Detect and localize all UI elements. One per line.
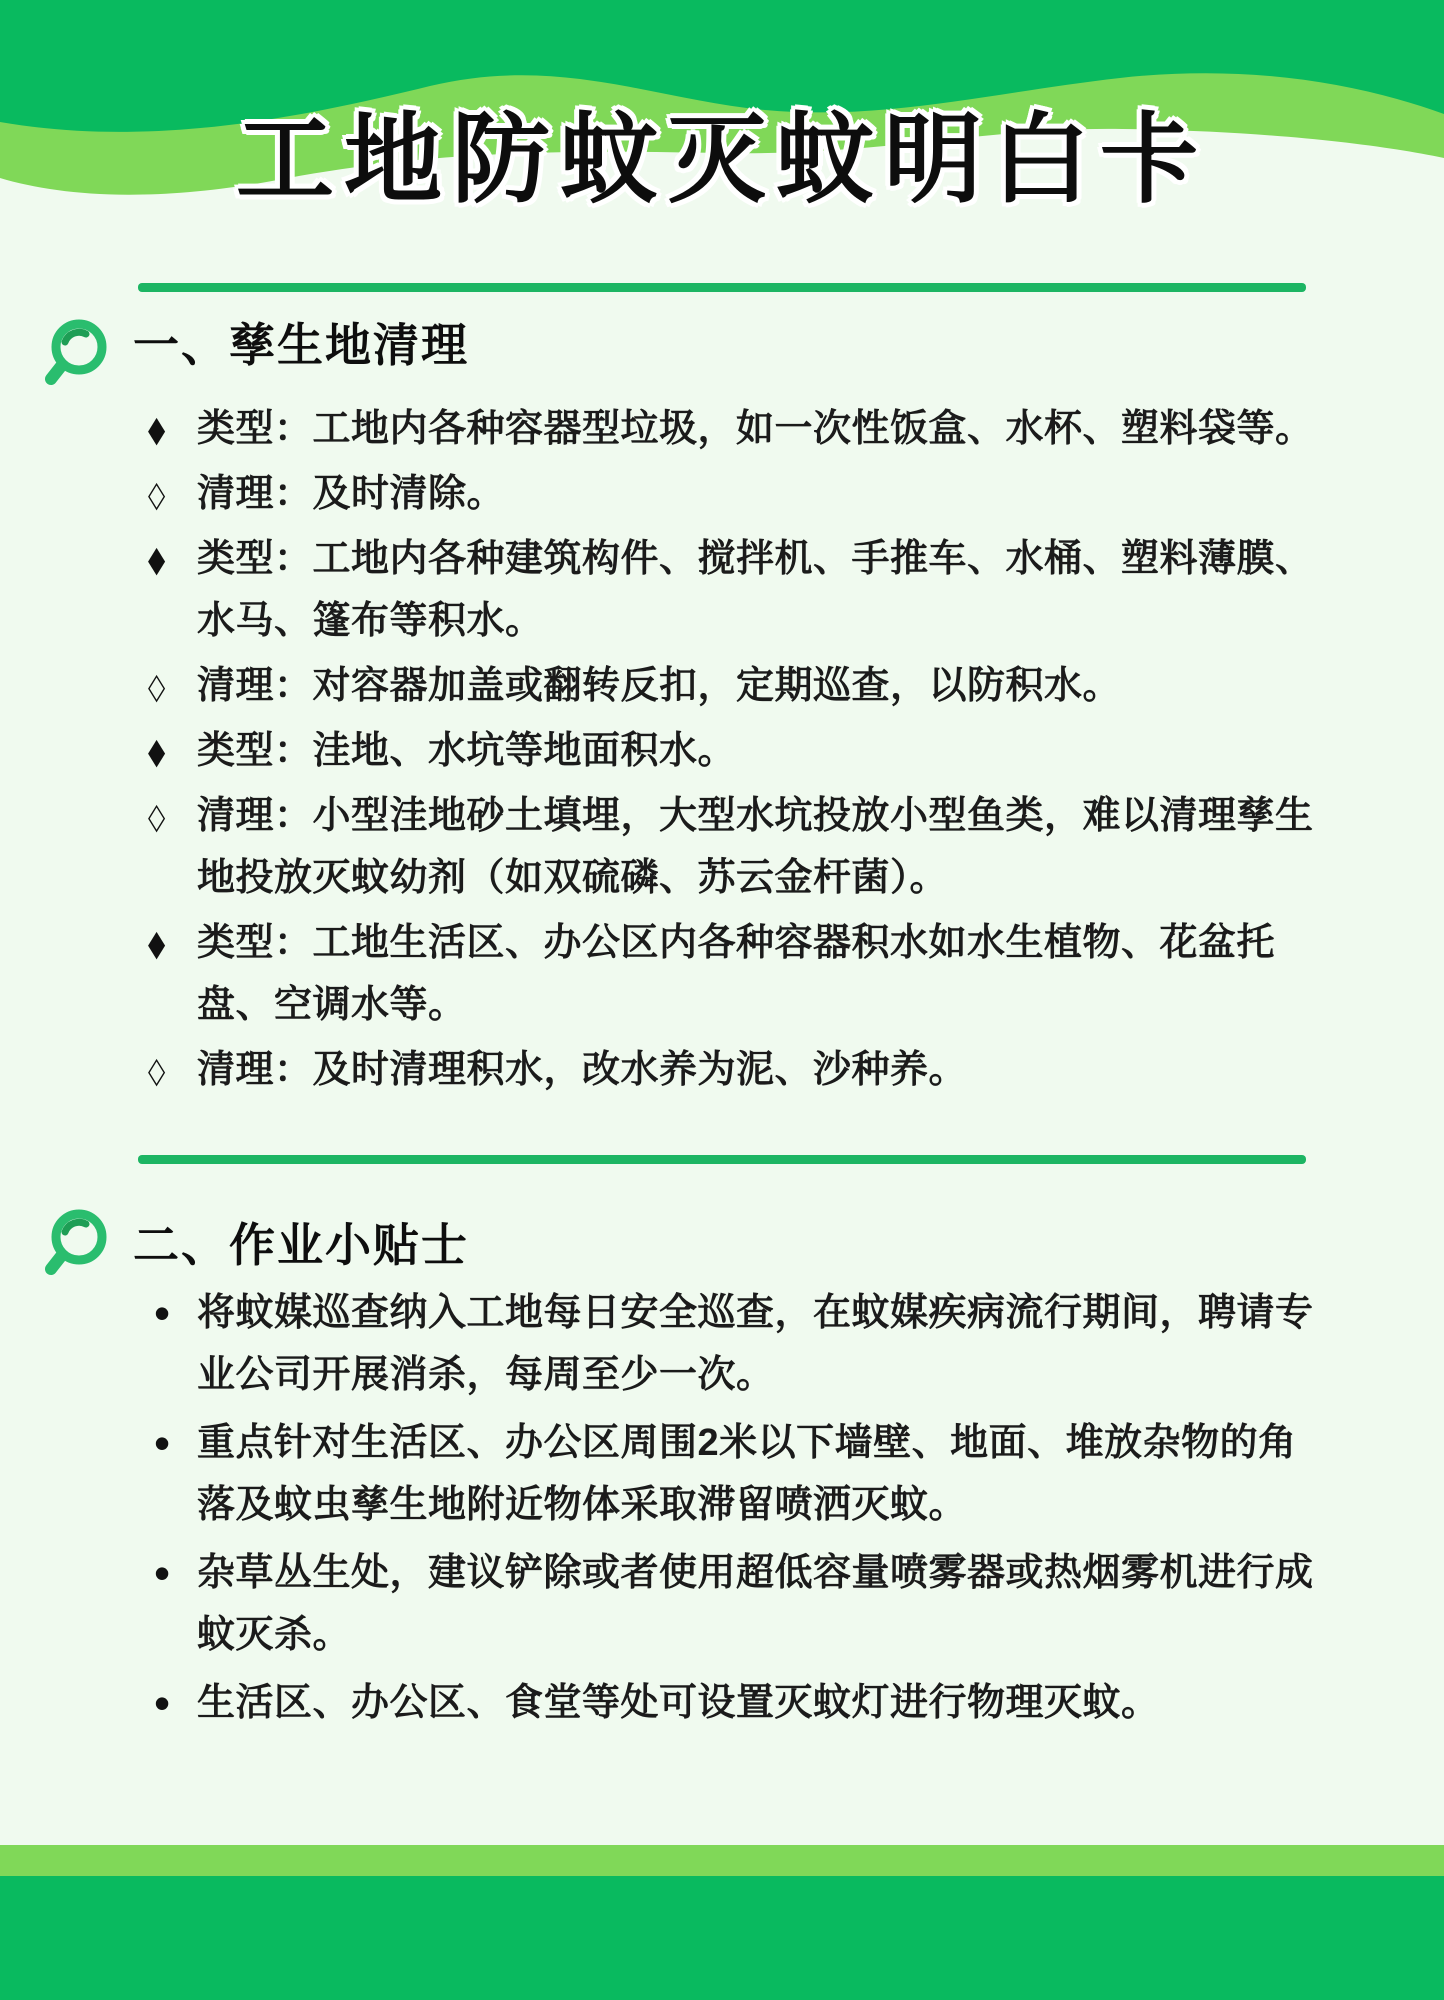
footer-dark-green-band bbox=[0, 1876, 1444, 2000]
filled-diamond-bullet: ◆ bbox=[148, 912, 197, 974]
divider-line bbox=[138, 1155, 1306, 1164]
dot-bullet: • bbox=[148, 1412, 197, 1474]
list-item-text: 类型：工地生活区、办公区内各种容器积水如水生植物、花盆托盘、空调水等。 bbox=[197, 912, 1317, 1036]
magnifier-icon bbox=[45, 316, 111, 396]
hollow-diamond-bullet: ◇ bbox=[148, 1039, 197, 1101]
magnifier-icon bbox=[45, 1206, 111, 1286]
list-item: ◇ 清理：小型洼地砂土填埋，大型水坑投放小型鱼类，难以清理孳生地投放灭蚊幼剂（如… bbox=[148, 785, 1320, 909]
dot-bullet: • bbox=[148, 1282, 197, 1344]
list-item: ◇ 清理：及时清除。 bbox=[148, 463, 1320, 525]
hollow-diamond-bullet: ◇ bbox=[148, 785, 197, 847]
filled-diamond-bullet: ◆ bbox=[148, 398, 197, 460]
list-item-text: 清理：对容器加盖或翻转反扣，定期巡查，以防积水。 bbox=[197, 655, 1317, 717]
divider-line bbox=[138, 283, 1306, 292]
list-item-text: 类型：洼地、水坑等地面积水。 bbox=[197, 720, 1317, 782]
list-item-text: 清理：小型洼地砂土填埋，大型水坑投放小型鱼类，难以清理孳生地投放灭蚊幼剂（如双硫… bbox=[197, 785, 1317, 909]
footer-light-green-band bbox=[0, 1845, 1444, 1876]
list-item: • 将蚊媒巡查纳入工地每日安全巡查，在蚊媒疾病流行期间，聘请专业公司开展消杀，每… bbox=[148, 1282, 1320, 1406]
list-item: ◆ 类型：工地生活区、办公区内各种容器积水如水生植物、花盆托盘、空调水等。 bbox=[148, 912, 1320, 1036]
list-item-text: 生活区、办公区、食堂等处可设置灭蚊灯进行物理灭蚊。 bbox=[197, 1672, 1317, 1734]
mosquito-prevention-poster: { "page": { "title": "工地防蚊灭蚊明白卡" }, "col… bbox=[0, 0, 1444, 2000]
section-1-list: ◆ 类型：工地内各种容器型垃圾，如一次性饭盒、水杯、塑料袋等。 ◇ 清理：及时清… bbox=[148, 398, 1320, 1104]
section-2-heading: 二、作业小贴士 bbox=[133, 1218, 469, 1272]
list-item: ◆ 类型：工地内各种建筑构件、搅拌机、手推车、水桶、塑料薄膜、水马、篷布等积水。 bbox=[148, 528, 1320, 652]
list-item-text: 类型：工地内各种容器型垃圾，如一次性饭盒、水杯、塑料袋等。 bbox=[197, 398, 1317, 460]
filled-diamond-bullet: ◆ bbox=[148, 720, 197, 782]
section-2-list: • 将蚊媒巡查纳入工地每日安全巡查，在蚊媒疾病流行期间，聘请专业公司开展消杀，每… bbox=[148, 1282, 1320, 1740]
list-item: • 重点针对生活区、办公区周围2米以下墙壁、地面、堆放杂物的角落及蚊虫孳生地附近… bbox=[148, 1412, 1320, 1536]
list-item-text: 杂草丛生处，建议铲除或者使用超低容量喷雾器或热烟雾机进行成蚊灭杀。 bbox=[197, 1542, 1317, 1666]
list-item-text: 将蚊媒巡查纳入工地每日安全巡查，在蚊媒疾病流行期间，聘请专业公司开展消杀，每周至… bbox=[197, 1282, 1317, 1406]
list-item-text: 清理：及时清除。 bbox=[197, 463, 1317, 525]
section-1-heading: 一、孳生地清理 bbox=[133, 318, 469, 372]
hollow-diamond-bullet: ◇ bbox=[148, 463, 197, 525]
filled-diamond-bullet: ◆ bbox=[148, 528, 197, 590]
list-item: • 生活区、办公区、食堂等处可设置灭蚊灯进行物理灭蚊。 bbox=[148, 1672, 1320, 1734]
page-title: 工地防蚊灭蚊明白卡 bbox=[0, 110, 1444, 208]
list-item: • 杂草丛生处，建议铲除或者使用超低容量喷雾器或热烟雾机进行成蚊灭杀。 bbox=[148, 1542, 1320, 1666]
list-item: ◇ 清理：对容器加盖或翻转反扣，定期巡查，以防积水。 bbox=[148, 655, 1320, 717]
dot-bullet: • bbox=[148, 1542, 197, 1604]
dot-bullet: • bbox=[148, 1672, 197, 1734]
list-item-text: 重点针对生活区、办公区周围2米以下墙壁、地面、堆放杂物的角落及蚊虫孳生地附近物体… bbox=[197, 1412, 1317, 1536]
list-item-text: 类型：工地内各种建筑构件、搅拌机、手推车、水桶、塑料薄膜、水马、篷布等积水。 bbox=[197, 528, 1317, 652]
list-item-text: 清理：及时清理积水，改水养为泥、沙种养。 bbox=[197, 1039, 1317, 1101]
list-item: ◆ 类型：洼地、水坑等地面积水。 bbox=[148, 720, 1320, 782]
list-item: ◆ 类型：工地内各种容器型垃圾，如一次性饭盒、水杯、塑料袋等。 bbox=[148, 398, 1320, 460]
list-item: ◇ 清理：及时清理积水，改水养为泥、沙种养。 bbox=[148, 1039, 1320, 1101]
hollow-diamond-bullet: ◇ bbox=[148, 655, 197, 717]
